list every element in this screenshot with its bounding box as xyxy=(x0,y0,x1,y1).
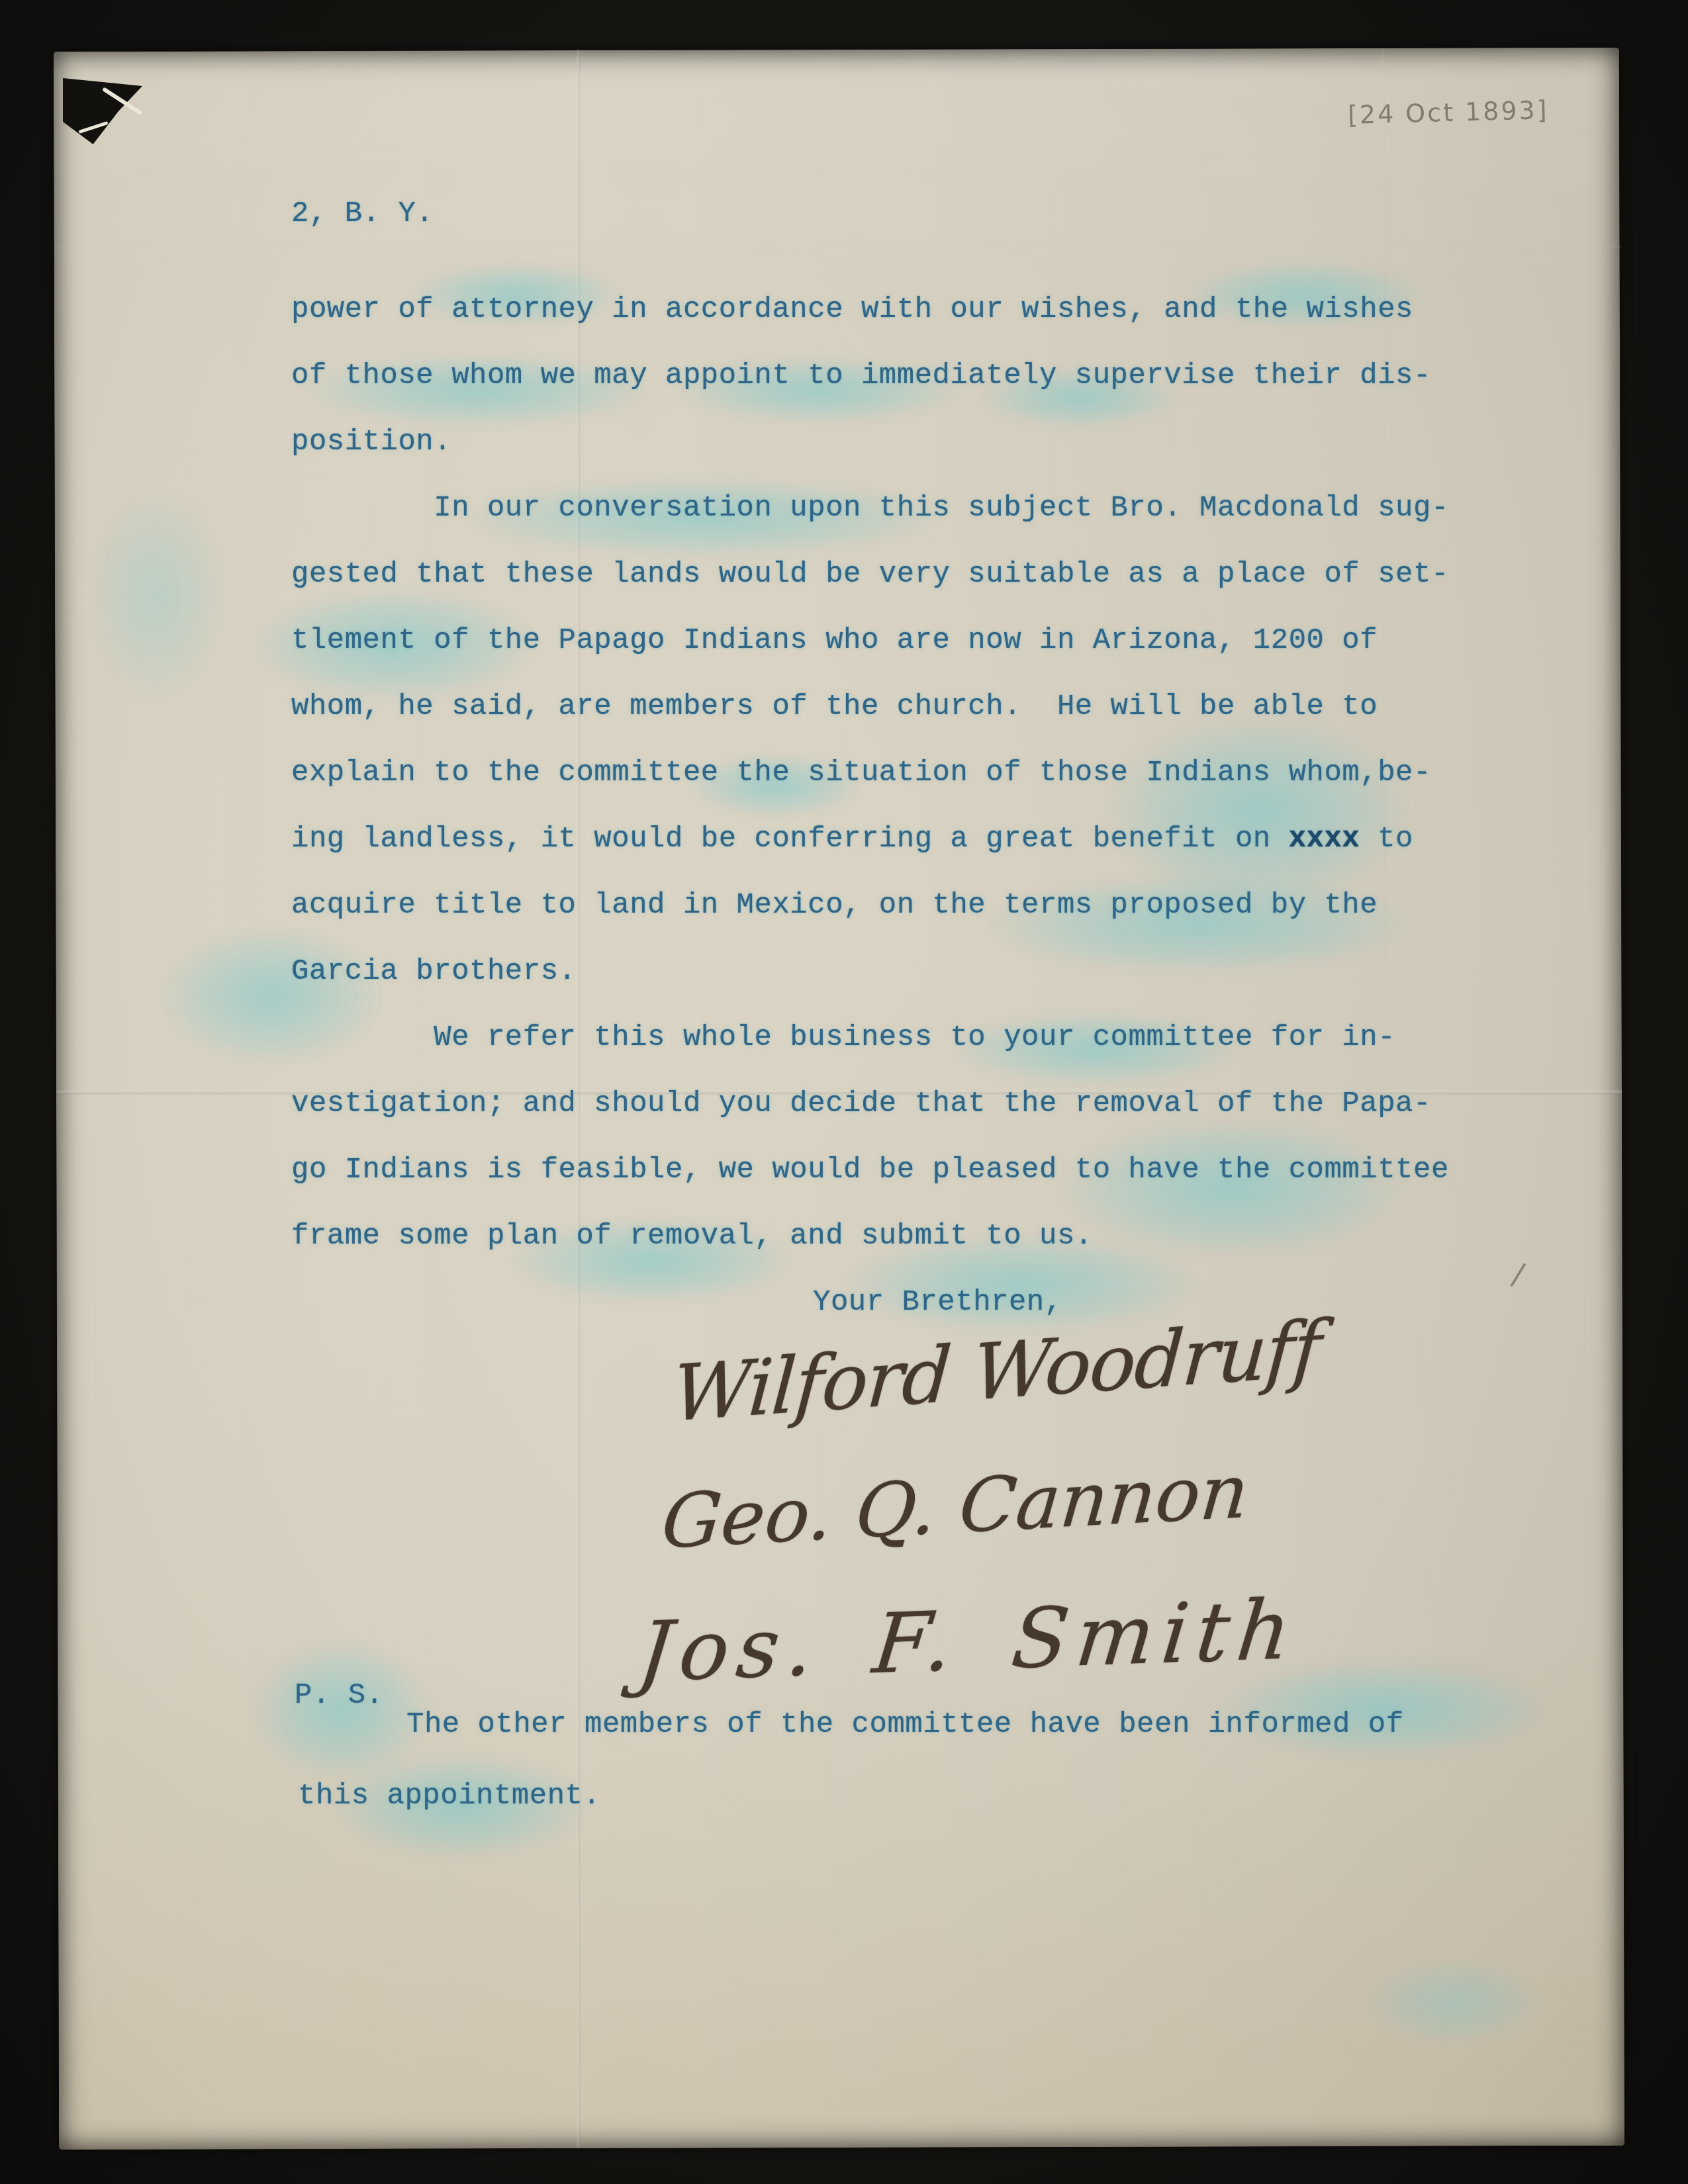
letter-body: power of attorney in accordance with our… xyxy=(291,277,1449,1269)
typed-line: power of attorney in accordance with our… xyxy=(291,277,1449,343)
scan-background: [24 Oct 1893] 2, B. Y. power of attorney… xyxy=(0,0,1688,2184)
typed-line: whom, he said, are members of the church… xyxy=(291,674,1449,740)
typed-line: of those whom we may appoint to immediat… xyxy=(291,343,1449,409)
typed-text: ing landless, it would be conferring a g… xyxy=(291,823,1289,856)
typed-line: position. xyxy=(291,409,1449,475)
typed-line: acquire title to land in Mexico, on the … xyxy=(291,872,1449,938)
date-annotation: [24 Oct 1893] xyxy=(1347,95,1549,130)
typed-text: to xyxy=(1360,823,1413,856)
typed-line: tlement of the Papago Indians who are no… xyxy=(291,608,1449,674)
typed-line-with-correction: ing landless, it would be conferring a g… xyxy=(291,806,1449,872)
typed-line: In our conversation upon this subject Br… xyxy=(291,475,1449,541)
typed-line: frame some plan of removal, and submit t… xyxy=(291,1203,1449,1269)
typed-line: go Indians is feasible, we would be plea… xyxy=(291,1137,1449,1203)
page-reference: 2, B. Y. xyxy=(291,197,434,230)
postscript-label: P. S. xyxy=(295,1662,384,1729)
typed-line: vestigation; and should you decide that … xyxy=(291,1071,1449,1137)
typed-line: We refer this whole business to your com… xyxy=(291,1005,1449,1071)
postscript-line: this appointment. xyxy=(298,1763,600,1829)
typed-line: Garcia brothers. xyxy=(291,938,1449,1005)
typed-line: explain to the committee the situation o… xyxy=(291,740,1449,806)
postscript-line: The other members of the committee have … xyxy=(406,1692,1404,1758)
typed-line: gested that these lands would be very su… xyxy=(291,541,1449,608)
strikethrough-correction: xxxx xyxy=(1289,823,1360,856)
